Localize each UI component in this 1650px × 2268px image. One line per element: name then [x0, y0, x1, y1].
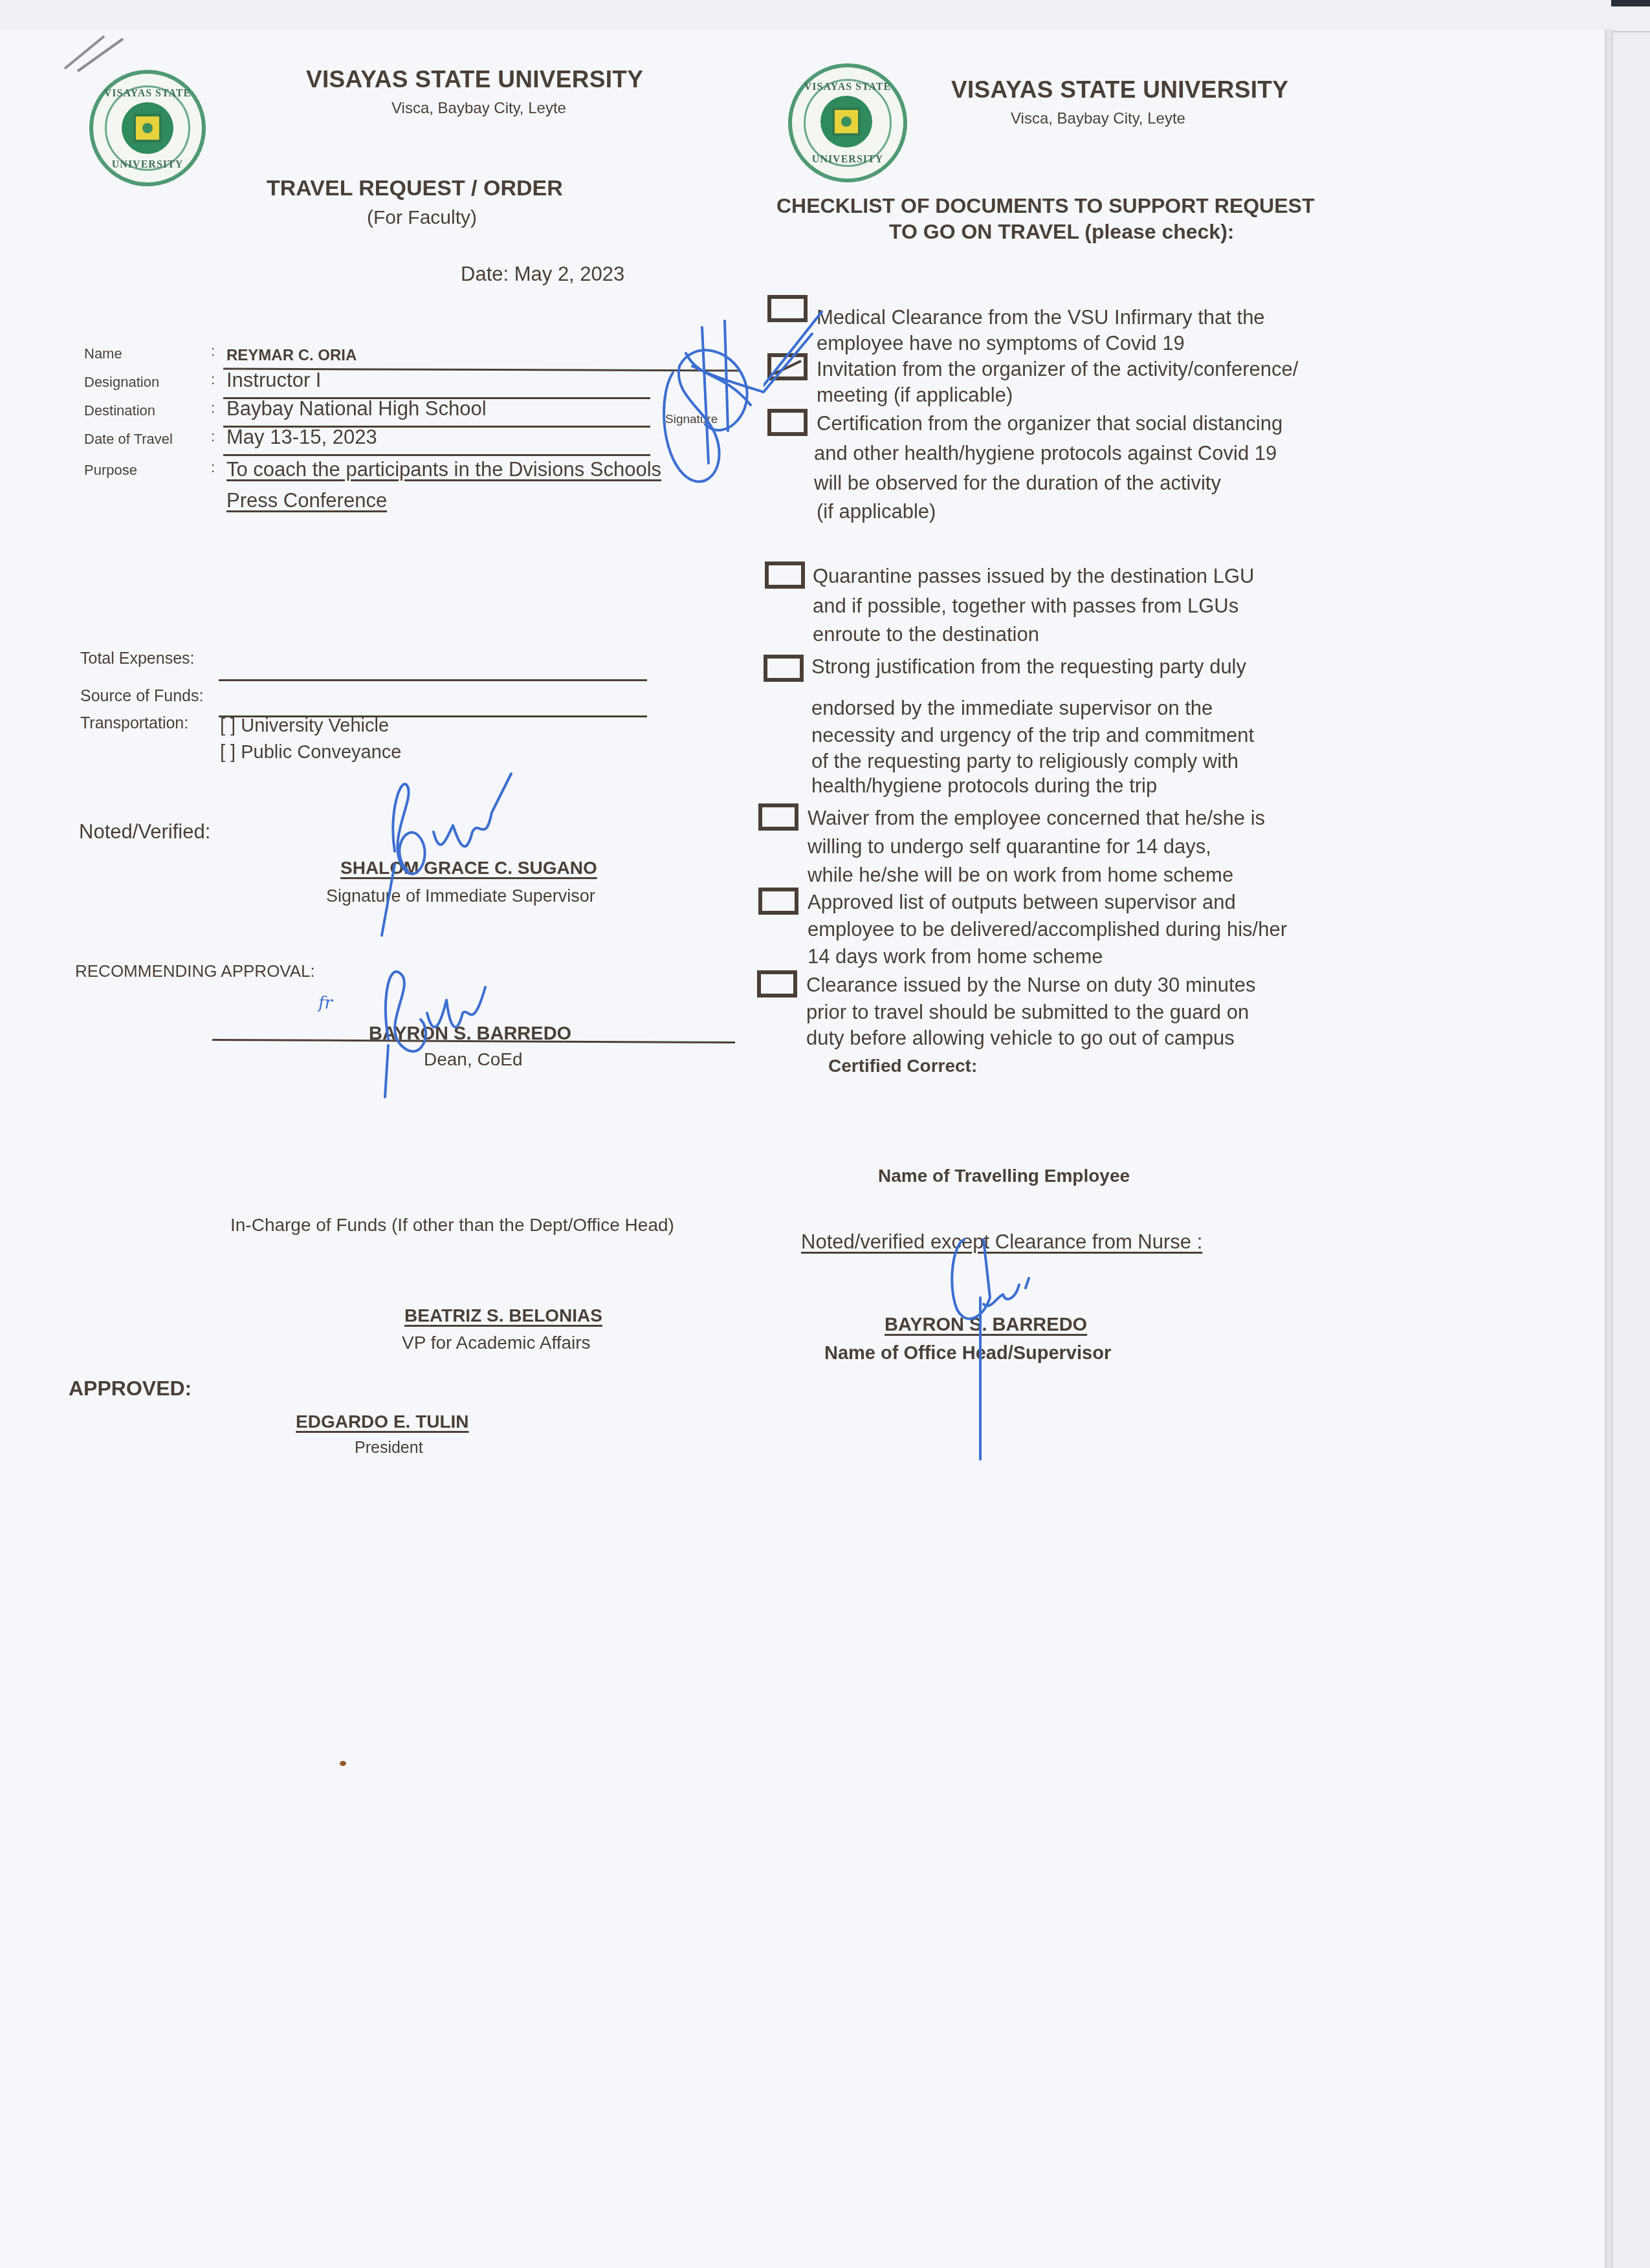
checkbox-medical-clearance[interactable]: [767, 295, 808, 322]
colon: :: [211, 428, 215, 445]
recommending-approval-label: RECOMMENDING APPROVAL:: [75, 961, 315, 981]
transport-option-public-conveyance[interactable]: [ ] Public Conveyance: [220, 742, 401, 763]
paper-speck: [340, 1761, 346, 1766]
checklist-item-text: while he/she will be on work from home s…: [808, 863, 1233, 888]
checklist-item-text: and if possible, together with passes fr…: [813, 594, 1238, 618]
checklist-item-text: Approved list of outputs between supervi…: [808, 890, 1236, 915]
checklist-item-text: prior to travel should be submitted to t…: [806, 1000, 1249, 1025]
supervisor-name: SHALOM GRACE C. SUGANO: [340, 858, 597, 878]
certified-correct-label: Certified Correct:: [828, 1056, 977, 1076]
noted-except-nurse-label: Noted/verified except Clearance from Nur…: [801, 1230, 1202, 1254]
page-behind-edge: [0, 0, 1650, 32]
university-seal-left: VISAYAS STATE UNIVERSITY: [89, 70, 206, 186]
seal-bottom-text: UNIVERSITY: [93, 159, 202, 171]
handwritten-for-annotation: fr: [318, 994, 333, 1013]
checklist-item-text: enroute to the destination: [813, 622, 1039, 647]
checklist-item-text: health/hygiene protocols during the trip: [811, 774, 1157, 798]
checklist-item-text: of the requesting party to religiously c…: [811, 749, 1238, 774]
seal-bottom-text: UNIVERSITY: [792, 154, 903, 166]
checklist-item-text: and other health/hygiene protocols again…: [814, 441, 1277, 466]
document-page: VISAYAS STATE UNIVERSITY VISAYAS STATE U…: [0, 30, 1607, 2268]
scanner-edge: [1611, 0, 1650, 6]
purpose-field-line2[interactable]: Press Conference: [226, 489, 387, 512]
name-label: Name: [84, 345, 122, 362]
president-name: EDGARDO E. TULIN: [296, 1412, 469, 1432]
form-title: TRAVEL REQUEST / ORDER: [267, 176, 563, 201]
approved-label: APPROVED:: [69, 1377, 192, 1401]
seal-top-text: VISAYAS STATE: [93, 88, 202, 100]
source-of-funds-label: Source of Funds:: [80, 687, 203, 706]
checklist-title-line2: TO GO ON TRAVEL (please check):: [889, 220, 1234, 244]
supervisor-signature: [362, 761, 556, 942]
checkbox-quarantine-passes[interactable]: [765, 562, 805, 589]
form-date: Date: May 2, 2023: [461, 263, 624, 286]
university-address-right: Visca, Baybay City, Leyte: [1011, 110, 1185, 128]
date-of-travel-field[interactable]: May 13-15, 2023: [226, 426, 377, 449]
checklist-item-text: Strong justification from the requesting…: [811, 655, 1246, 679]
seal-center: [841, 116, 852, 127]
colon: :: [211, 400, 215, 417]
supervisor-title: Signature of Immediate Supervisor: [326, 886, 595, 906]
checklist-item-text: employee have no symptoms of Covid 19: [817, 331, 1185, 356]
destination-field[interactable]: Baybay National High School: [226, 397, 487, 420]
signature-label: Signature: [665, 413, 718, 427]
checkbox-approved-outputs[interactable]: [758, 888, 798, 915]
checklist-item-text: will be observed for the duration of the…: [814, 471, 1221, 496]
travelling-employee-label: Name of Travelling Employee: [878, 1166, 1130, 1186]
checkbox-invitation-checked[interactable]: [767, 353, 808, 380]
check-mark-icon: [771, 357, 804, 376]
checklist-item-text: Clearance issued by the Nurse on duty 30…: [806, 973, 1255, 998]
checkbox-nurse-clearance[interactable]: [757, 970, 797, 998]
designation-field[interactable]: Instructor I: [226, 369, 321, 392]
total-expenses-field[interactable]: [219, 679, 647, 681]
checklist-item-text: (if applicable): [817, 499, 936, 524]
checklist-item-text: 14 days work from home scheme: [808, 944, 1103, 969]
noted-verified-label: Noted/Verified:: [79, 820, 210, 844]
checklist-item-text: endorsed by the immediate supervisor on …: [811, 696, 1213, 721]
university-address-left: Visca, Baybay City, Leyte: [391, 100, 566, 118]
purpose-label: Purpose: [84, 462, 137, 479]
vpaa-title: VP for Academic Affairs: [402, 1333, 591, 1353]
checklist-item-text: employee to be delivered/accomplished du…: [808, 917, 1287, 942]
staple-icon: [61, 31, 133, 76]
checklist-item-text: meeting (if applicable): [817, 383, 1013, 408]
checklist-item-text: Invitation from the organizer of the act…: [817, 357, 1298, 382]
date-of-travel-underline: [223, 454, 650, 456]
office-head-title: Name of Office Head/Supervisor: [824, 1343, 1111, 1364]
checklist-item-text: willing to undergo self quarantine for 1…: [808, 834, 1211, 859]
university-name-left: VISAYAS STATE UNIVERSITY: [306, 66, 643, 93]
checklist-title-line1: CHECKLIST OF DOCUMENTS TO SUPPORT REQUES…: [776, 194, 1314, 218]
name-field[interactable]: REYMAR C. ORIA: [226, 347, 357, 365]
total-expenses-label: Total Expenses:: [80, 649, 195, 668]
checklist-item-text: Quarantine passes issued by the destinat…: [813, 564, 1254, 589]
transport-option-university-vehicle[interactable]: [ ] University Vehicle: [220, 715, 389, 737]
seal-center: [142, 123, 153, 133]
president-title: President: [355, 1439, 423, 1457]
vpaa-name: BEATRIZ S. BELONIAS: [404, 1305, 602, 1326]
checklist-item-text: Waiver from the employee concerned that …: [808, 806, 1265, 831]
designation-label: Designation: [84, 374, 159, 391]
colon: :: [211, 459, 215, 476]
university-name-right: VISAYAS STATE UNIVERSITY: [951, 76, 1288, 104]
checklist-item-text: Medical Clearance from the VSU Infirmary…: [817, 305, 1265, 330]
checkbox-waiver[interactable]: [758, 803, 798, 831]
in-charge-of-funds-label: In-Charge of Funds (If other than the De…: [230, 1215, 674, 1236]
seal-top-text: VISAYAS STATE: [792, 82, 903, 93]
colon: :: [211, 371, 215, 388]
form-subtitle: (For Faculty): [367, 207, 477, 229]
transportation-label: Transportation:: [80, 714, 188, 733]
destination-label: Destination: [84, 402, 155, 419]
checklist-item-text: necessity and urgency of the trip and co…: [811, 723, 1254, 748]
university-seal-right: VISAYAS STATE UNIVERSITY: [788, 63, 907, 182]
date-of-travel-label: Date of Travel: [84, 431, 173, 448]
employee-signature: [647, 314, 815, 496]
office-head-name: BAYRON S. BARREDO: [885, 1314, 1087, 1336]
purpose-field-line1[interactable]: To coach the participants in the Dvision…: [226, 458, 661, 481]
dean-title: Dean, CoEd: [424, 1049, 523, 1070]
checklist-item-text: Certification from the organizer that so…: [817, 411, 1282, 436]
checkbox-strong-justification[interactable]: [764, 655, 804, 682]
colon: :: [211, 343, 215, 360]
checklist-item-text: duty before allowing vehicle to go out o…: [806, 1026, 1235, 1051]
checkbox-certification[interactable]: [767, 409, 808, 436]
